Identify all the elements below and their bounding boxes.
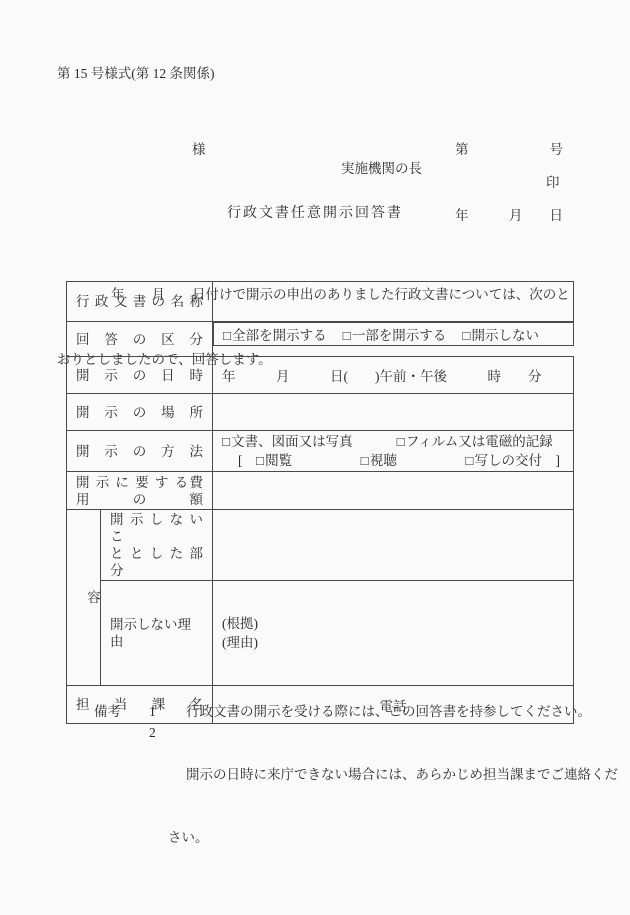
reason-reason-line: (理由) [222,633,564,652]
option-copy-delivery[interactable]: □写しの交付 ] [465,451,560,470]
seal-mark: 印 [546,171,560,191]
answer-category-options: □全部を開示する □一部を開示する □開示しない [213,322,574,346]
table-row: 開 示 に 要 す る費 用 の 額 [67,472,574,510]
disclosure-datetime-label: 開 示 の 日 時 [67,357,213,394]
form-number: 第 15 号様式(第 12 条関係) [57,62,215,82]
method-primary-options: □文書、図面又は写真 □フィルム又は電磁的記録 [222,432,564,451]
bracket-open: [ [238,453,243,468]
disclosure-fee-field[interactable] [213,472,574,510]
nondisclosure-vertical-label: 開示しない部分の内容 [76,526,101,670]
table-row: 開 示 の 方 法 □文書、図面又は写真 □フィルム又は電磁的記録 [ □閲覧 … [67,431,574,472]
form-table: 行 政 文 書 の 名 称 回 答 の 区 分 □全部を開示する □一部を開示す… [66,281,574,724]
issuer-title: 実施機関の長 [341,157,422,177]
option-label: 全部を開示する [232,328,327,343]
option-label: 閲覧 [265,453,292,468]
disclosure-place-label: 開 示 の 場 所 [67,394,213,431]
checkbox-icon[interactable]: □ [256,453,264,468]
nondisclosure-section-label: 開示しない部分の内容 [67,510,101,686]
page-title: 行政文書任意開示回答書 [0,202,630,222]
method-sub-options: [ □閲覧 □視聴 □写しの交付 ] [222,451,564,470]
remarks-label: 備考 [94,701,149,890]
table-row: 回 答 の 区 分 □全部を開示する □一部を開示する □開示しない [67,322,574,357]
table-row: 開 示 の 日 時 年 月 日( )午前・午後 時 分 [67,357,574,394]
excluded-part-label: 開 示 し な い こ と と し た 部 分 [101,510,213,581]
remark-item-1: 1 行政文書の開示を受ける際には、この回答書を持参してください。 [149,701,618,722]
disclosure-method-label: 開 示 の 方 法 [67,431,213,472]
table-row: 開示しない理由 (根拠) (理由) [67,581,574,686]
remark-item-2: 2 開示の日時に来庁できない場合には、あらかじめ担当課までご連絡くだ さい。 [149,722,618,890]
option-disclose-partial[interactable]: □一部を開示する [343,324,447,344]
excluded-part-field[interactable] [213,510,574,581]
nondisclosure-reason-field[interactable]: (根拠) (理由) [213,581,574,686]
reason-basis-line: (根拠) [222,614,564,633]
disclosure-datetime-field[interactable]: 年 月 日( )午前・午後 時 分 [213,357,574,394]
remarks-items: 1 行政文書の開示を受ける際には、この回答書を持参してください。 2 開示の日時… [149,701,618,890]
bracket-close: ] [556,453,561,468]
document-name-field[interactable] [213,282,574,322]
remark-text: 行政文書の開示を受ける際には、この回答書を持参してください。 [186,701,591,722]
answer-category-label: 回 答 の 区 分 [67,322,213,357]
option-label: 文書、図面又は写真 [231,434,353,449]
option-label: 写しの交付 [475,453,543,468]
option-film-electronic-record[interactable]: □フィルム又は電磁的記録 [397,432,553,451]
option-no-disclosure[interactable]: □開示しない [462,324,539,344]
disclosure-method-options: □文書、図面又は写真 □フィルム又は電磁的記録 [ □閲覧 □視聴 □写しの交付… [213,431,574,472]
document-name-label: 行 政 文 書 の 名 称 [67,282,213,322]
excluded-part-label-line1: 開 示 し な い こ [110,511,203,545]
table-row: 開 示 の 場 所 [67,394,574,431]
table-row: 行 政 文 書 の 名 称 [67,282,574,322]
checkbox-icon[interactable]: □ [223,328,231,343]
option-label: 開示しない [471,328,539,343]
checkbox-icon[interactable]: □ [462,328,470,343]
document-number-line: 第 号 [455,139,563,161]
document-page: 第 15 号様式(第 12 条関係) 第 号 年 月 日 様 実施機関の長 印 … [0,0,630,915]
remark-text-line2: さい。 [168,827,618,848]
option-label: 一部を開示する [352,328,447,343]
remark-number: 2 [149,722,186,890]
addressee-suffix: 様 [192,138,206,158]
remarks-block: 備考 1 行政文書の開示を受ける際には、この回答書を持参してください。 2 開示… [94,701,594,890]
option-label: フィルム又は電磁的記録 [406,434,553,449]
option-label: 視聴 [370,453,397,468]
option-viewing[interactable]: □視聴 [361,451,397,470]
option-disclose-all[interactable]: □全部を開示する [223,324,327,344]
disclosure-fee-label-line2: 用 の 額 [76,491,203,508]
checkbox-icon[interactable]: □ [465,453,473,468]
excluded-part-label-line2: と と し た 部 分 [110,545,203,579]
checkbox-icon[interactable]: □ [397,434,405,449]
checkbox-icon[interactable]: □ [343,328,351,343]
option-document-drawing-photo[interactable]: □文書、図面又は写真 [222,432,353,451]
disclosure-place-field[interactable] [213,394,574,431]
remark-text-line1: 開示の日時に来庁できない場合には、あらかじめ担当課までご連絡くだ [186,764,618,785]
disclosure-fee-label: 開 示 に 要 す る費 用 の 額 [67,472,213,510]
table-row: 開示しない部分の内容 開 示 し な い こ と と し た 部 分 [67,510,574,581]
remark-text: 開示の日時に来庁できない場合には、あらかじめ担当課までご連絡くだ さい。 [186,722,618,890]
option-inspection[interactable]: [ □閲覧 [238,451,292,470]
disclosure-fee-label-line1: 開 示 に 要 す る費 [76,474,203,491]
checkbox-icon[interactable]: □ [361,453,369,468]
checkbox-icon[interactable]: □ [222,434,230,449]
nondisclosure-reason-label: 開示しない理由 [101,581,213,686]
remark-number: 1 [149,701,186,722]
